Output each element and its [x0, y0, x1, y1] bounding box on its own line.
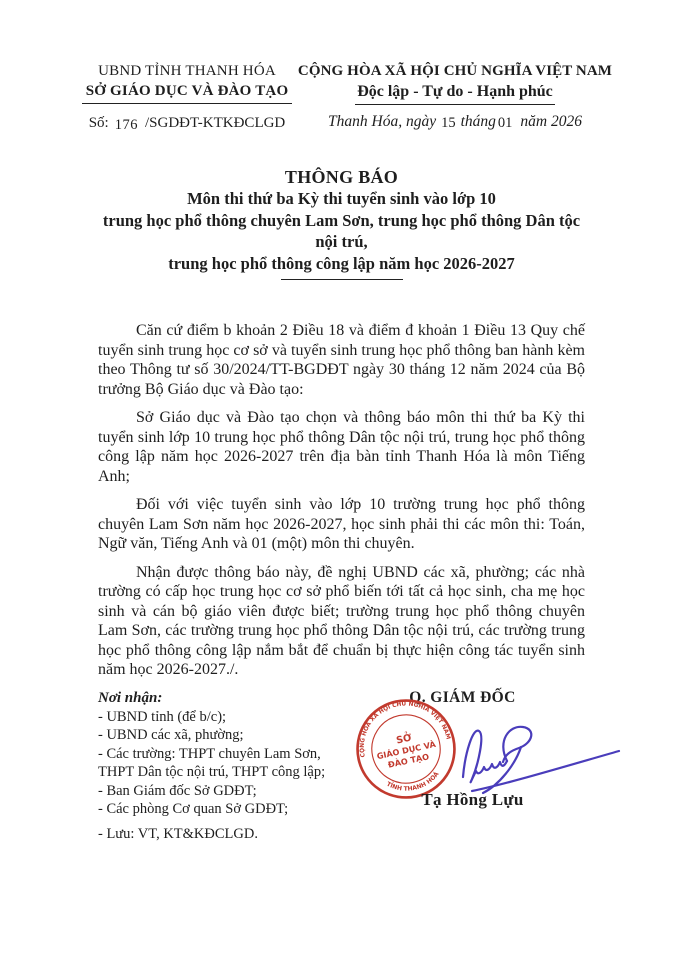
document-kind: THÔNG BÁO [98, 166, 585, 188]
paragraph: Sở Giáo dục và Đào tạo chọn và thông báo… [98, 408, 585, 486]
recipient-item: - Ban Giám đốc Sở GDĐT; [98, 782, 368, 801]
title-line-1: Môn thi thứ ba Kỳ thi tuyển sinh vào lớp… [98, 188, 585, 210]
recipient-item: - UBND các xã, phường; [98, 726, 368, 745]
document-body: Căn cứ điểm b khoản 2 Điều 18 và điểm đ … [98, 321, 585, 680]
issuing-agency-block: UBND TỈNH THANH HÓA SỞ GIÁO DỤC VÀ ĐÀO T… [77, 62, 297, 132]
document-title-block: THÔNG BÁO Môn thi thứ ba Kỳ thi tuyển si… [98, 166, 585, 280]
recipient-item: - Các trường: THPT chuyên Lam Sơn, [98, 745, 368, 764]
title-divider [281, 279, 403, 280]
recipients-list: - UBND tỉnh (để b/c); - UBND các xã, phư… [98, 708, 368, 844]
date-month: 01 [498, 115, 513, 131]
signer-name: Tạ Hồng Lựu [360, 790, 585, 810]
doc-no-suffix: /SGDĐT-KTKĐCLGD [145, 115, 285, 131]
title-line-2: trung học phổ thông chuyên Lam Sơn, trun… [98, 210, 585, 253]
national-motto: Độc lập - Tự do - Hạnh phúc [290, 81, 620, 105]
recipient-item: THPT Dân tộc nội trú, THPT công lập; [98, 763, 368, 782]
document-content: THÔNG BÁO Môn thi thứ ba Kỳ thi tuyển si… [98, 166, 585, 869]
title-line-3: trung học phổ thông công lập năm học 202… [98, 253, 585, 275]
recipient-item: - Lưu: VT, KT&KĐCLGD. [98, 825, 368, 844]
agency-name: SỞ GIÁO DỤC VÀ ĐÀO TẠO [77, 81, 297, 104]
document-footer: Nơi nhận: - UBND tỉnh (để b/c); - UBND c… [98, 689, 585, 869]
recipient-item: - Các phòng Cơ quan Sở GDĐT; [98, 800, 368, 819]
document-page: UBND TỈNH THANH HÓA SỞ GIÁO DỤC VÀ ĐÀO T… [0, 0, 678, 960]
national-title: CỘNG HÒA XÃ HỘI CHỦ NGHĨA VIỆT NAM [290, 62, 620, 81]
signature-block: Q. GIÁM ĐỐC CỘNG HOÀ XÃ HỘI CHỦ NGHĨA VI… [340, 689, 585, 707]
recipient-item: - UBND tỉnh (để b/c); [98, 708, 368, 727]
paragraph: Căn cứ điểm b khoản 2 Điều 18 và điểm đ … [98, 321, 585, 399]
paragraph: Nhận được thông báo này, đề nghị UBND cá… [98, 563, 585, 680]
paragraph: Đối với việc tuyển sinh vào lớp 10 trườn… [98, 495, 585, 554]
national-header-block: CỘNG HÒA XÃ HỘI CHỦ NGHĨA VIỆT NAM Độc l… [290, 62, 620, 131]
parent-org-name: UBND TỈNH THANH HÓA [77, 62, 297, 81]
place-date-line: Thanh Hóa, ngày15tháng01năm 2026 [290, 113, 620, 131]
document-number: Số:176/SGDĐT-KTKĐCLGD [77, 115, 297, 132]
doc-no-label: Số: [89, 115, 109, 131]
date-day: 15 [441, 115, 456, 131]
doc-no-value: 176 [115, 117, 138, 133]
